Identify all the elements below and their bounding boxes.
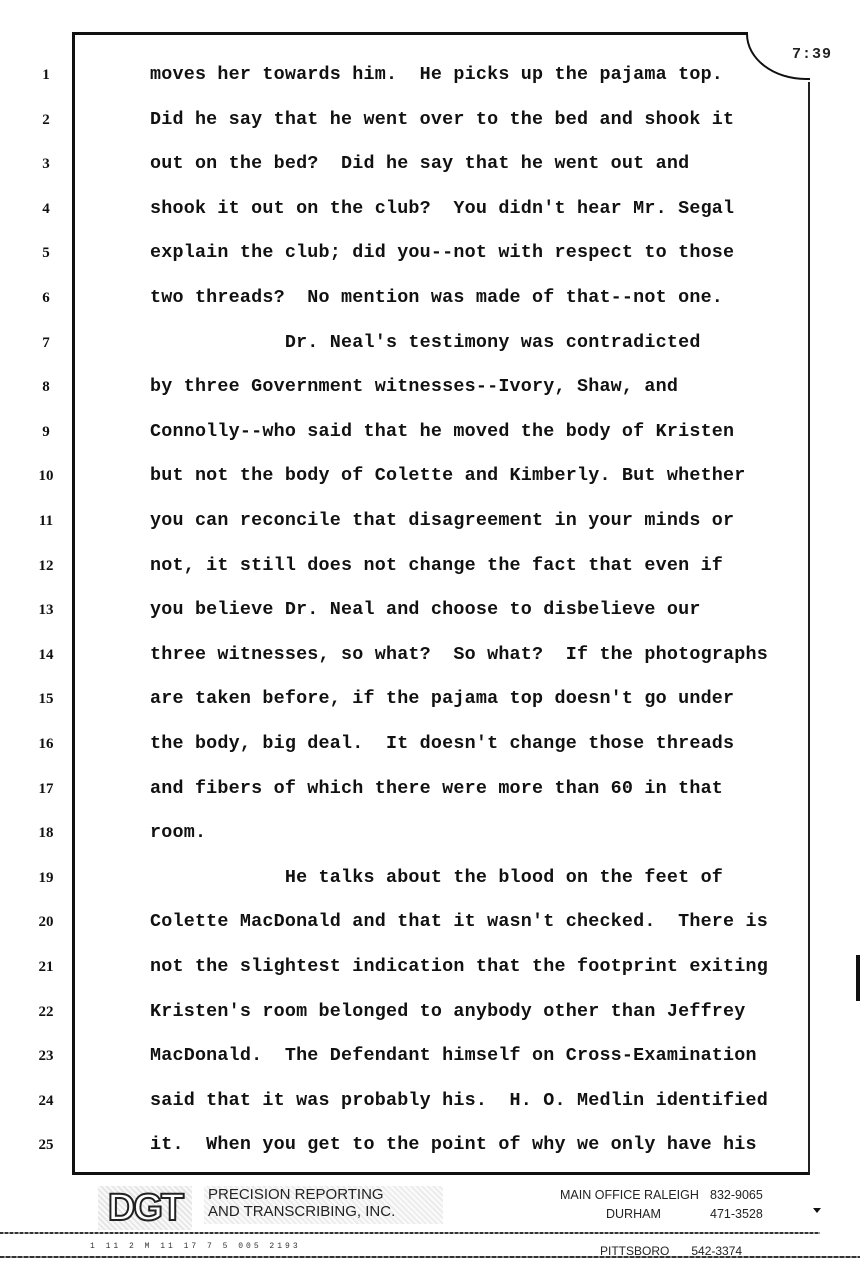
line-number: 2 xyxy=(26,112,66,129)
line-number: 13 xyxy=(26,602,66,619)
line-number: 16 xyxy=(26,736,66,753)
transcript-line: the body, big deal. It doesn't change th… xyxy=(150,733,734,754)
transcript-line: not, it still does not change the fact t… xyxy=(150,555,723,576)
firm-logo: DGT xyxy=(98,1186,192,1230)
transcript-line: two threads? No mention was made of that… xyxy=(150,287,723,308)
transcript-line: are taken before, if the pajama top does… xyxy=(150,688,734,709)
margin-mark xyxy=(856,955,860,1001)
transcript-line: Did he say that he went over to the bed … xyxy=(150,109,734,130)
line-number: 5 xyxy=(26,245,66,262)
transcript-line: explain the club; did you--not with resp… xyxy=(150,242,734,263)
transcript-line: said that it was probably his. H. O. Med… xyxy=(150,1090,768,1111)
transcript-line: shook it out on the club? You didn't hea… xyxy=(150,198,734,219)
arrow-mark xyxy=(813,1208,821,1213)
transcript-line: MacDonald. The Defendant himself on Cros… xyxy=(150,1045,757,1066)
office-city: MAIN OFFICE RALEIGH xyxy=(560,1186,710,1205)
office-phone: 471-3528 xyxy=(710,1205,763,1224)
line-number: 22 xyxy=(26,1004,66,1021)
office-row-raleigh: MAIN OFFICE RALEIGH 832-9065 xyxy=(560,1186,763,1205)
transcript-line: room. xyxy=(150,822,206,843)
transcript-line: but not the body of Colette and Kimberly… xyxy=(150,465,746,486)
transcript-line: moves her towards him. He picks up the p… xyxy=(150,64,723,85)
line-number: 19 xyxy=(26,870,66,887)
office-list: MAIN OFFICE RALEIGH 832-9065 DURHAM 471-… xyxy=(560,1186,763,1224)
footer-rule xyxy=(0,1256,860,1258)
line-number: 21 xyxy=(26,959,66,976)
transcript-line: it. When you get to the point of why we … xyxy=(150,1134,757,1155)
transcript-line: and fibers of which there were more than… xyxy=(150,778,723,799)
transcript-line: you believe Dr. Neal and choose to disbe… xyxy=(150,599,701,620)
office-city: DURHAM xyxy=(560,1205,710,1224)
firm-logo-block: DGT PRECISION REPORTING AND TRANSCRIBING… xyxy=(98,1184,458,1232)
firm-name: PRECISION REPORTING AND TRANSCRIBING, IN… xyxy=(204,1186,443,1224)
line-number: 3 xyxy=(26,156,66,173)
line-number: 18 xyxy=(26,825,66,842)
firm-name-line1: PRECISION REPORTING xyxy=(208,1186,395,1203)
transcript-line: by three Government witnesses--Ivory, Sh… xyxy=(150,376,678,397)
transcript-line: He talks about the blood on the feet of xyxy=(150,867,723,888)
line-number: 9 xyxy=(26,424,66,441)
line-number: 23 xyxy=(26,1048,66,1065)
line-number: 20 xyxy=(26,914,66,931)
transcript-line: out on the bed? Did he say that he went … xyxy=(150,153,689,174)
line-number: 10 xyxy=(26,468,66,485)
transcript-line: Kristen's room belonged to anybody other… xyxy=(150,1001,746,1022)
line-number: 14 xyxy=(26,647,66,664)
line-number: 11 xyxy=(26,513,66,530)
form-codes: 1 11 2 M 11 17 7 5 005 2193 xyxy=(90,1242,301,1251)
line-number: 7 xyxy=(26,335,66,352)
transcript-line: not the slightest indication that the fo… xyxy=(150,956,768,977)
transcript-line: Connolly--who said that he moved the bod… xyxy=(150,421,734,442)
office-row-durham: DURHAM 471-3528 xyxy=(560,1205,763,1224)
line-number: 25 xyxy=(26,1137,66,1154)
transcript-line: Dr. Neal's testimony was contradicted xyxy=(150,332,701,353)
transcript-line: three witnesses, so what? So what? If th… xyxy=(150,644,768,665)
footer-rule xyxy=(0,1232,820,1234)
transcript-line: you can reconcile that disagreement in y… xyxy=(150,510,734,531)
office-phone: 832-9065 xyxy=(710,1186,763,1205)
line-number: 17 xyxy=(26,781,66,798)
line-number: 15 xyxy=(26,691,66,708)
line-number: 24 xyxy=(26,1093,66,1110)
line-number: 12 xyxy=(26,558,66,575)
line-number: 4 xyxy=(26,201,66,218)
line-number: 8 xyxy=(26,379,66,396)
line-number: 6 xyxy=(26,290,66,307)
line-number: 1 xyxy=(26,67,66,84)
firm-name-line2: AND TRANSCRIBING, INC. xyxy=(208,1203,395,1220)
page-number: 7:39 xyxy=(792,46,832,63)
transcript-line: Colette MacDonald and that it wasn't che… xyxy=(150,911,768,932)
